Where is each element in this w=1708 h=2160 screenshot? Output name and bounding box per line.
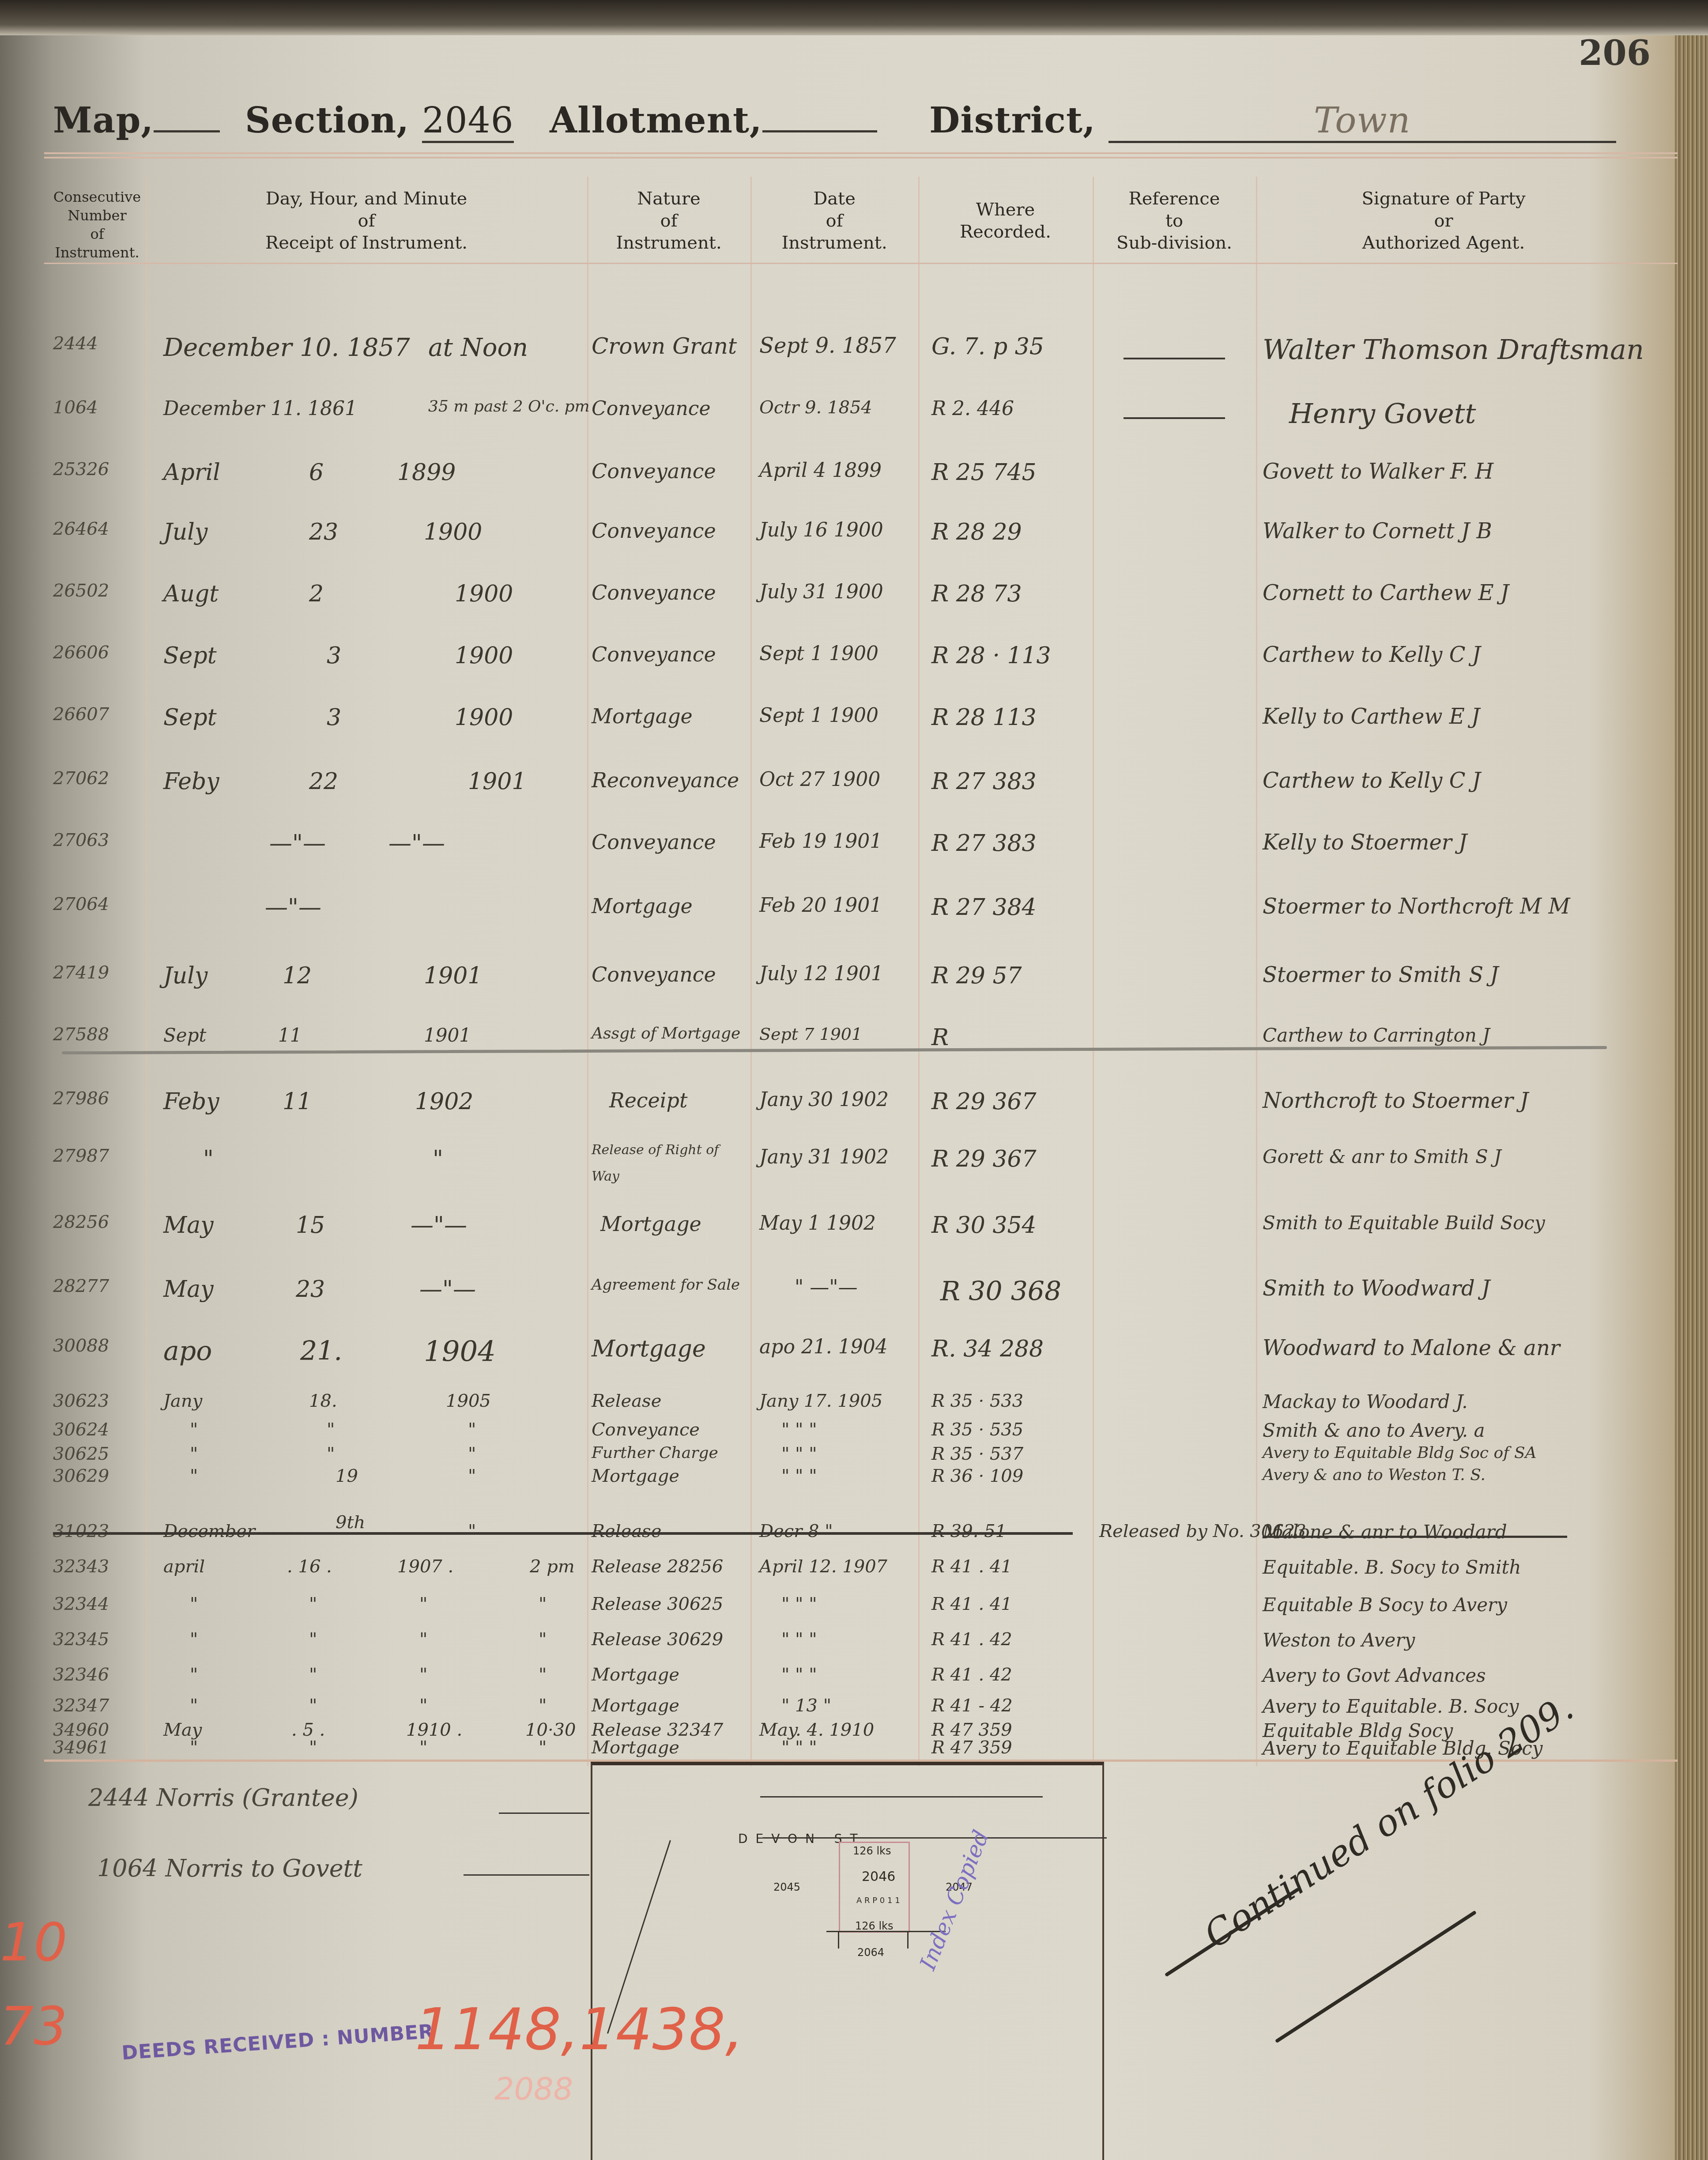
signature: Henry Govett [1289,397,1476,430]
entry-number: 28277 [53,1276,109,1296]
district-field: District, Town [929,99,1616,143]
col-head-line: Day, Hour, and Minute [146,188,587,210]
signature: Smith & ano to Avery. a [1263,1420,1485,1441]
receipt-year: 1902 [415,1088,473,1115]
nature: Release [592,1391,661,1411]
entry-number: 25326 [53,459,109,480]
entry-number: 34961 [53,1737,109,1758]
receipt-month: Sept [163,642,217,669]
receipt-day: " [327,1444,335,1464]
receipt-year: " [468,1521,476,1541]
instrument-date: " " " [781,1737,817,1758]
col-head-line: Authorized Agent. [1256,232,1631,254]
receipt-day: 23 [296,1276,325,1303]
receipt-time: " [539,1665,547,1685]
receipt-day: 6 [309,459,324,486]
receipt-day: —"— [269,830,326,857]
entry-row: 25326 April 6 1899 Conveyance April 4 18… [0,459,1673,512]
receipt-year: " [468,1420,476,1440]
receipt-month: " [190,1665,198,1685]
receipt-month: July [163,519,207,545]
col-head-line: Instrument. [587,232,750,254]
receipt-day: 3 [327,642,341,669]
col-reference: Reference to Sub-division. [1093,188,1256,254]
col-head-line: Receipt of Instrument. [146,232,587,254]
instrument-date: Sept 1 1900 [759,642,879,665]
nature: Conveyance [592,963,716,986]
margin-mark: 73 [0,1996,68,2057]
where-recorded: R 47 359 [931,1737,1012,1758]
nature: Conveyance [592,1420,700,1440]
entry-row: 32346 " " " " Mortgage " " " R 41 . 42 A… [0,1665,1673,1692]
where-recorded: R 30 354 [931,1212,1037,1239]
header-rule [44,152,1678,154]
receipt-day: —"— [265,894,321,921]
where-recorded: R 27 383 [931,768,1037,795]
where-recorded: R [931,1024,949,1051]
entry-number: 30623 [53,1391,109,1411]
subdivision-note: 2444 Norris (Grantee) [88,1784,358,1812]
entry-number: 32344 [53,1594,109,1614]
receipt-year: 1901 [424,963,482,989]
receipt-month: april [163,1556,205,1577]
entry-number: 32345 [53,1629,109,1650]
entry-number: 27062 [53,768,109,789]
receipt-year: " [433,1146,443,1172]
receipt-month: " [190,1466,198,1486]
entry-row: 32347 " " " " Mortgage " 13 " R 41 - 42 … [0,1696,1673,1723]
entry-number: 30088 [53,1336,109,1356]
lot-area: A R P 0 1 1 [856,1896,900,1905]
receipt-month: " [190,1594,198,1614]
col-head-line: Nature [587,188,750,210]
receipt-month: Feby [163,768,219,795]
nature: Release 30625 [592,1594,723,1614]
entry-row: 26606 Sept 3 1900 Conveyance Sept 1 1900… [0,642,1673,695]
instrument-date: Sept 7 1901 [759,1024,862,1044]
receipt-day: " [309,1737,317,1758]
entry-number: 26502 [53,581,109,601]
receipt-day: 12 [283,963,312,989]
where-recorded: R 30 368 [940,1276,1061,1307]
entry-row: 27419 July 12 1901 Conveyance July 12 19… [0,963,1673,1016]
receipt-month: apo [163,1336,212,1367]
entry-number: 2444 [53,333,98,354]
entry-row: 1064 December 11. 1861 35 m past 2 O'c. … [0,397,1673,450]
nature: Conveyance [592,519,716,543]
receipt-month: Sept [163,704,217,731]
entry-row: 27062 Feby 22 1901 Reconveyance Oct 27 1… [0,768,1673,821]
entry-number: 30625 [53,1444,109,1464]
strike-through [1263,1536,1567,1538]
receipt-year: 1900 [455,581,513,607]
col-nature: Nature of Instrument. [587,188,750,254]
where-recorded: R 35 · 533 [931,1391,1023,1411]
signature: Kelly to Carthew E J [1263,704,1480,729]
where-recorded: R 27 383 [931,830,1037,857]
entry-number: 27063 [53,830,109,850]
signature: Smith to Equitable Build Socy [1263,1212,1545,1234]
receipt-year: " [419,1696,427,1716]
col-head-line: of [146,210,587,232]
receipt-day: 3 [327,704,341,731]
street-boundary [760,1796,1043,1797]
nature: Mortgage [592,1737,679,1758]
entry-number: 27588 [53,1024,109,1045]
nature: Reconveyance [592,768,739,792]
frontage-bottom: 126 lks [855,1920,894,1932]
receipt-day: " [309,1629,317,1650]
book-top-shadow [0,0,1708,35]
entry-row: 27987 " " Release of Right of Way Jany 3… [0,1146,1673,1199]
where-recorded: R 2. 446 [931,397,1014,420]
receipt-time: " [539,1696,547,1716]
where-recorded: R 27 384 [931,894,1037,921]
map-field: Map, [53,99,220,141]
index-copied-note: Index Copied [915,1827,994,1974]
nature: Crown Grant [592,333,737,359]
receipt-year: —"— [419,1276,476,1303]
signature: Walker to Cornett J B [1263,519,1492,544]
receipt-month: May [163,1276,214,1303]
nature: Mortgage [592,894,693,918]
receipt-month: December [163,1521,255,1541]
receipt-year: 1900 [455,642,513,669]
entry-number: 32347 [53,1696,109,1716]
ledger-page: 206 Map, Section, 2046 Allotment, Distri… [0,0,1708,2160]
col-receipt: Day, Hour, and Minute of Receipt of Inst… [146,188,587,254]
receipt-month: Feby [163,1088,219,1115]
entry-row: 30629 " 19 " Mortgage " " " R 36 · 109 A… [0,1466,1673,1493]
receipt-day: 21. [300,1336,342,1367]
entry-row: 28277 May 23 —"— Agreement for Sale " —"… [0,1276,1673,1329]
receipt-month: December 10. 1857 [163,333,410,362]
nature: Conveyance [592,830,716,854]
deeds-received-number: 1148,1438, [415,1996,743,2063]
entry-row: 32345 " " " " Release 30629 " " " R 41 .… [0,1629,1673,1657]
entry-row: 30088 apo 21. 1904 Mortgage apo 21. 1904… [0,1336,1673,1389]
where-recorded: R 39. 51 [931,1521,1007,1541]
col-head-line: Number [49,206,146,225]
entry-number: 27064 [53,894,109,914]
entry-row: 26464 July 23 1900 Conveyance July 16 19… [0,519,1673,572]
signature: Avery to Equitable Bldg Soc of SA [1263,1444,1537,1462]
receipt-day: 15 [296,1212,325,1239]
receipt-day: 11 [278,1024,302,1046]
receipt-day: 9th [336,1512,365,1533]
receipt-year: 1900 [424,519,482,545]
nature: Further Charge [592,1444,718,1462]
col-head-line: or [1256,210,1631,232]
margin-mark: 10 [0,1912,68,1973]
entry-number: 30624 [53,1420,109,1440]
heading-bottom-rule [44,263,1678,264]
instrument-date: Feb 20 1901 [759,894,882,917]
lot-boundary [907,1931,909,1949]
map-value [154,130,220,132]
entry-number: 1064 [53,397,98,418]
nature: Conveyance [592,642,716,666]
col-head-line: Sub-division. [1093,232,1256,254]
receipt-day: " [309,1696,317,1716]
nature: Assgt of Mortgage [592,1024,740,1042]
signature: Govett to Walker F. H [1263,459,1493,484]
receipt-year: 1904 [424,1336,496,1368]
nature: Agreement for Sale [592,1276,740,1294]
receipt-year: 1901 [424,1024,471,1046]
note-rule [464,1874,589,1876]
nature: Release 30629 [592,1629,723,1650]
district-label: District, [929,99,1096,141]
col-head-line: Signature of Party [1256,188,1631,210]
instrument-date: Oct 27 1900 [759,768,880,791]
adjacent-lot-left: 2045 [773,1881,800,1893]
where-recorded: R 29 367 [931,1146,1037,1172]
adjacent-lot-bottom: 2064 [857,1946,884,1959]
instrument-date: Jany 17. 1905 [759,1391,882,1411]
receipt-month: Augt [163,581,219,607]
receipt-month: May [163,1212,214,1239]
col-consecutive-number: Consecutive Number of Instrument. [49,188,146,262]
faint-number: 2088 [494,2071,573,2107]
continued-note: Continued on folio 209. [1157,1841,1576,2018]
entry-row: 30623 Jany 18. 1905 Release Jany 17. 190… [0,1391,1673,1418]
where-recorded: R 29 367 [931,1088,1037,1115]
instrument-date: July 16 1900 [759,519,883,541]
col-head-line: Where [918,199,1093,221]
receipt-month: " [190,1444,198,1464]
receipt-time: 35 m past 2 O'c. pm [428,397,590,415]
where-recorded: R 35 · 537 [931,1444,1023,1464]
instrument-date: Feb 19 1901 [759,830,882,853]
page-edges [1675,35,1708,2160]
receipt-month: Jany [163,1391,202,1411]
nature: Conveyance [592,397,711,420]
instrument-date: apo 21. 1904 [759,1336,888,1358]
col-head-line: of [750,210,918,232]
col-where: Where Recorded. [918,199,1093,243]
receipt-day: . 16 . [287,1556,332,1577]
receipt-day: 23 [309,519,338,545]
section-value: 2046 [422,100,514,143]
where-recorded: R 28 · 113 [931,642,1051,669]
strike-through [53,1532,1073,1535]
receipt-year: 1905 [446,1391,491,1411]
entry-number: 26606 [53,642,109,663]
nature: Mortgage [592,1466,679,1486]
receipt-year: " [419,1665,427,1685]
where-recorded: R 41 . 41 [931,1556,1012,1577]
receipt-time: 2 pm [530,1556,575,1577]
allotment-field: Allotment, [550,99,877,141]
entry-row: 27063 —"— —"— Conveyance Feb 19 1901 R 2… [0,830,1673,883]
subdivision-note: 1064 Norris to Govett [97,1854,362,1882]
allotment-label: Allotment, [550,99,762,141]
entry-row: 26502 Augt 2 1900 Conveyance July 31 190… [0,581,1673,634]
signature: Cornett to Carthew E J [1263,581,1509,605]
instrument-date: Jany 30 1902 [759,1088,889,1111]
instrument-date: July 31 1900 [759,581,883,603]
receipt-year: —"— [411,1212,467,1239]
entry-row: 32344 " " " " Release 30625 " " " R 41 .… [0,1594,1673,1621]
frontage-top: 126 lks [853,1845,891,1857]
entry-row: 28256 May 15 —"— Mortgage May 1 1902 R 3… [0,1212,1673,1265]
lot-number: 2046 [862,1869,895,1884]
instrument-date: " " " [781,1594,817,1614]
receipt-year: " [419,1737,427,1758]
signature: Mackay to Woodard J. [1263,1391,1468,1412]
receipt-year: " [419,1629,427,1650]
instrument-date: Sept 9. 1857 [759,333,896,358]
nature: Mortgage [592,1665,679,1685]
signature: Avery & ano to Weston T. S. [1263,1466,1486,1484]
col-head-line: Date [750,188,918,210]
receipt-time: " [539,1594,547,1614]
signature: Kelly to Stoermer J [1263,830,1467,855]
entry-row: 27064 —"— Mortgage Feb 20 1901 R 27 384 … [0,894,1673,947]
signature: Stoermer to Smith S J [1263,963,1499,987]
instrument-date: April 4 1899 [759,459,882,482]
street-boundary [762,1837,1107,1839]
nature: Release of Right of Way [592,1137,724,1190]
nature: Conveyance [592,581,716,604]
district-value: Town [1109,100,1616,143]
instrument-date: May 1 1902 [759,1212,876,1235]
signature: Avery to Govt Advances [1263,1665,1486,1686]
receipt-month: " [203,1146,214,1172]
where-recorded: R 41 . 42 [931,1665,1012,1685]
receipt-month: July [163,963,207,989]
instrument-date: Decr 8 " [759,1521,833,1541]
receipt-year: " [419,1594,427,1614]
where-recorded: R 35 · 535 [931,1420,1023,1440]
signature: Carthew to Carrington J [1263,1024,1490,1046]
instrument-date: July 12 1901 [759,963,883,985]
section-field: Section, 2046 [245,99,514,143]
receipt-month: Sept [163,1024,206,1046]
col-head-line: of Instrument. [49,225,146,262]
col-head-line: Recorded. [918,221,1093,243]
receipt-year: 1900 [455,704,513,731]
where-recorded: R 28 29 [931,519,1022,545]
instrument-date: " " " [781,1665,817,1685]
receipt-month: " [190,1696,198,1716]
nature: Conveyance [592,459,716,483]
nature: Receipt [609,1088,688,1112]
entry-number: 28256 [53,1212,109,1232]
entry-number: 32346 [53,1665,109,1685]
receipt-year: 1901 [468,768,526,795]
entry-number: 32343 [53,1556,109,1577]
where-recorded: R 29 57 [931,963,1022,989]
entry-number: 27986 [53,1088,109,1109]
where-recorded: R 41 . 42 [931,1629,1012,1650]
instrument-date: " " " [781,1466,817,1486]
receipt-month: April [163,459,220,486]
section-label: Section, [245,99,409,141]
col-head-line: Instrument. [750,232,918,254]
receipt-year: " [468,1466,476,1486]
nature: Release [592,1521,661,1541]
nature: Mortgage [592,704,693,728]
instrument-date: Sept 1 1900 [759,704,879,727]
col-head-line: Consecutive [49,188,146,206]
signature: Equitable B Socy to Avery [1263,1594,1507,1616]
entry-row: 26607 Sept 3 1900 Mortgage Sept 1 1900 R… [0,704,1673,757]
receipt-day: 19 [336,1466,358,1486]
receipt-day: 11 [283,1088,312,1115]
instrument-date: Jany 31 1902 [759,1146,889,1168]
entry-number: 26464 [53,519,109,539]
deeds-received-stamp: DEEDS RECEIVED : NUMBER [121,2020,434,2064]
col-head-line: to [1093,210,1256,232]
where-recorded: G. 7. p 35 [931,333,1044,360]
entry-row: 2444 December 10. 1857 at Noon Crown Gra… [0,333,1673,386]
entry-number: 27419 [53,963,109,983]
entry-row: 30624 " " " Conveyance " " " R 35 · 535 … [0,1420,1673,1447]
where-recorded: R 28 113 [931,704,1037,731]
entry-row: 32343 april . 16 . 1907 . 2 pm Release 2… [0,1556,1673,1584]
nature: Release 28256 [592,1556,723,1577]
receipt-month: " [190,1737,198,1758]
receipt-day: 18. [309,1391,337,1411]
where-recorded: R 25 745 [931,459,1037,486]
signature: Equitable. B. Socy to Smith [1263,1556,1521,1578]
col-signature: Signature of Party or Authorized Agent. [1256,188,1631,254]
where-recorded: R 36 · 109 [931,1466,1023,1486]
entry-number: 26607 [53,704,109,725]
receipt-month: December 11. 1861 [163,397,357,420]
entry-row-cancelled: 31023 December 9th " Release Decr 8 " R … [0,1521,1673,1548]
signature: Carthew to Kelly C J [1263,642,1481,667]
plan-sketch: DEVON ST 126 lks 2046 2045 2047 A R P 0 … [591,1762,1104,2160]
entry-number: 31023 [53,1521,109,1541]
entry-number: 30629 [53,1466,109,1486]
entry-row: 27986 Feby 11 1902 Receipt Jany 30 1902 … [0,1088,1673,1141]
allotment-value [762,130,877,132]
receipt-time: " [539,1629,547,1650]
col-head-line: of [587,210,750,232]
receipt-month: " [190,1420,198,1440]
instrument-date: " —"— [795,1276,857,1299]
receipt-year: —"— [388,830,445,857]
ref-dash [1124,358,1225,359]
instrument-date: " 13 " [781,1696,831,1716]
instrument-date: " " " [781,1629,817,1650]
signature: Carthew to Kelly C J [1263,768,1481,793]
col-head-line: Reference [1093,188,1256,210]
instrument-date: Octr 9. 1854 [759,397,872,418]
lot-boundary [838,1931,839,1949]
signature: Northcroft to Stoermer J [1263,1088,1528,1113]
where-recorded: R. 34 288 [931,1336,1044,1362]
receipt-day: " [309,1665,317,1685]
receipt-day: " [309,1594,317,1614]
nature: Mortgage [592,1336,706,1362]
where-recorded: R 41 . 41 [931,1594,1012,1614]
signature: Smith to Woodward J [1263,1276,1490,1301]
receipt-year: 1899 [397,459,456,486]
receipt-day: " [327,1420,335,1440]
receipt-time: at Noon [428,333,528,362]
col-date: Date of Instrument. [750,188,918,254]
where-recorded: R 41 - 42 [931,1696,1013,1716]
folio-number: 206 [1579,33,1651,73]
header-rule-2 [44,157,1678,159]
signature: Gorett & anr to Smith S J [1263,1146,1501,1167]
map-label: Map, [53,99,154,141]
note-rule [499,1813,589,1814]
